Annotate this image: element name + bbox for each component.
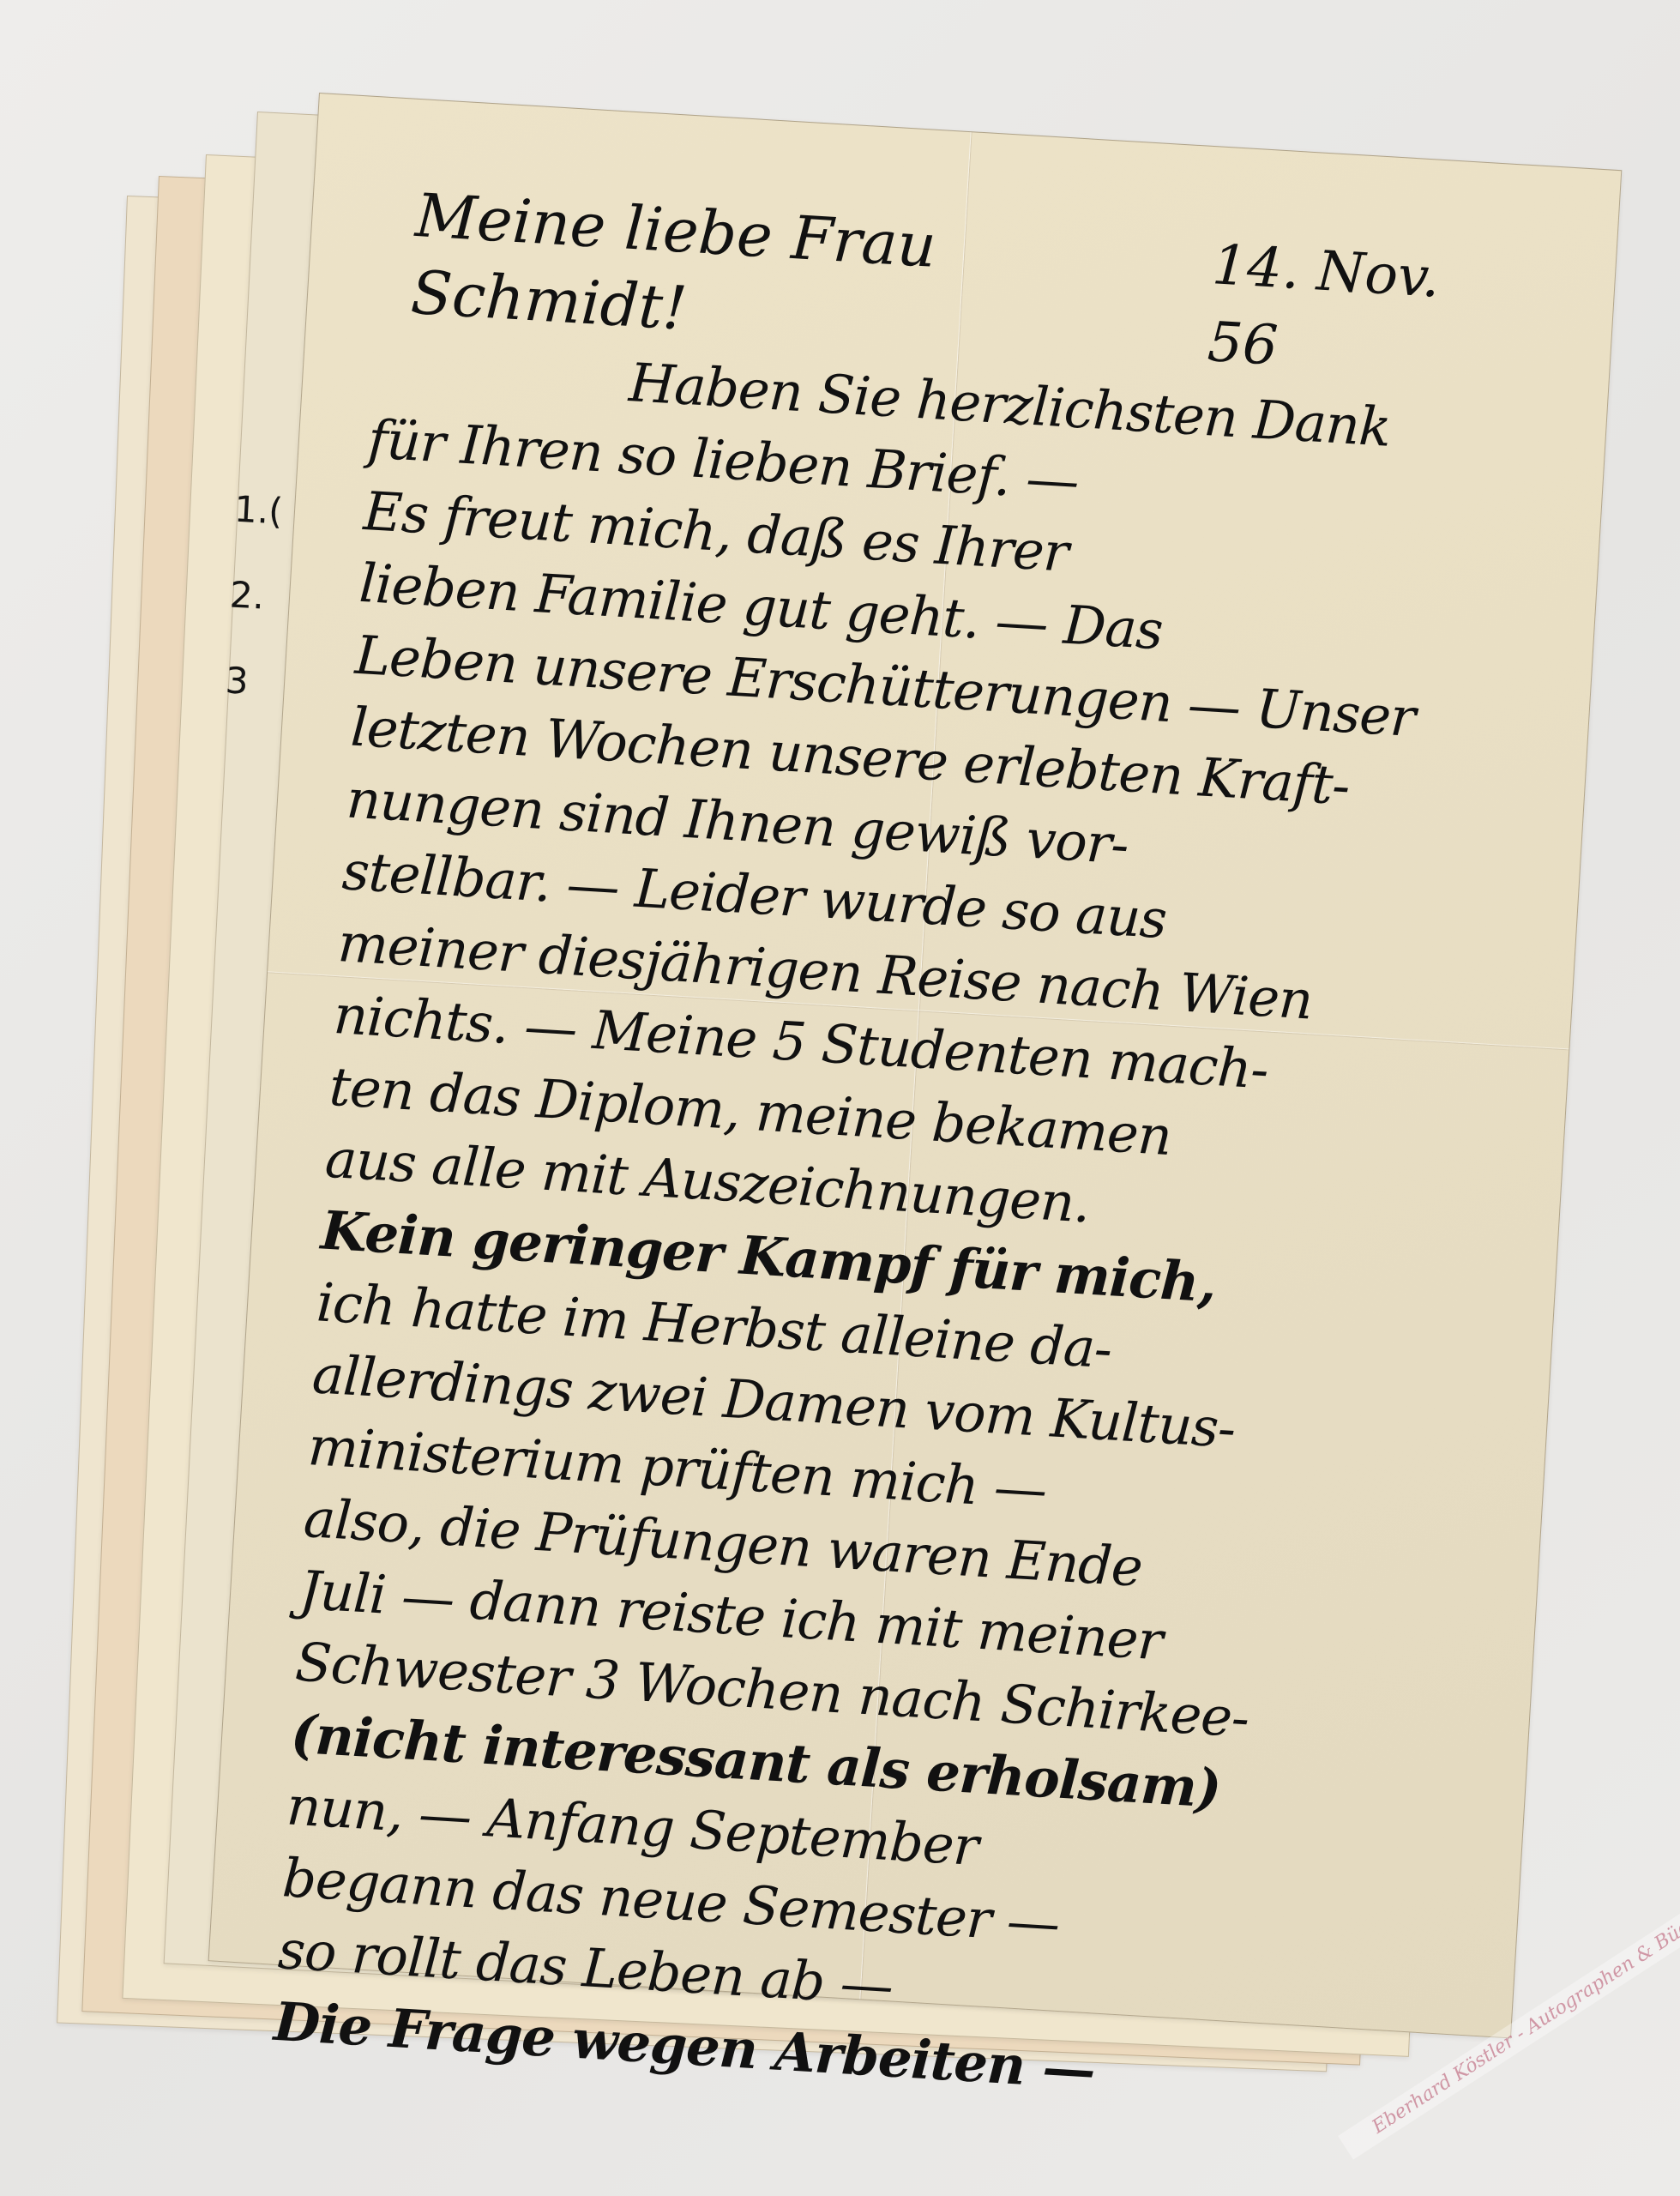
letter-date: 14. Nov. 56 xyxy=(1206,226,1522,399)
edge-note: 3 xyxy=(223,637,276,726)
letter-page: Meine liebe Frau Schmidt! 14. Nov. 56 Ha… xyxy=(208,93,1623,2038)
edge-note: 1.( xyxy=(232,467,286,555)
handwritten-letter: Meine liebe Frau Schmidt! 14. Nov. 56 Ha… xyxy=(272,175,1565,2128)
photo-stage: 1.( 2. 3 Meine liebe Frau Schmidt! 14. N… xyxy=(0,0,1680,2196)
edge-note: 2. xyxy=(227,552,280,641)
